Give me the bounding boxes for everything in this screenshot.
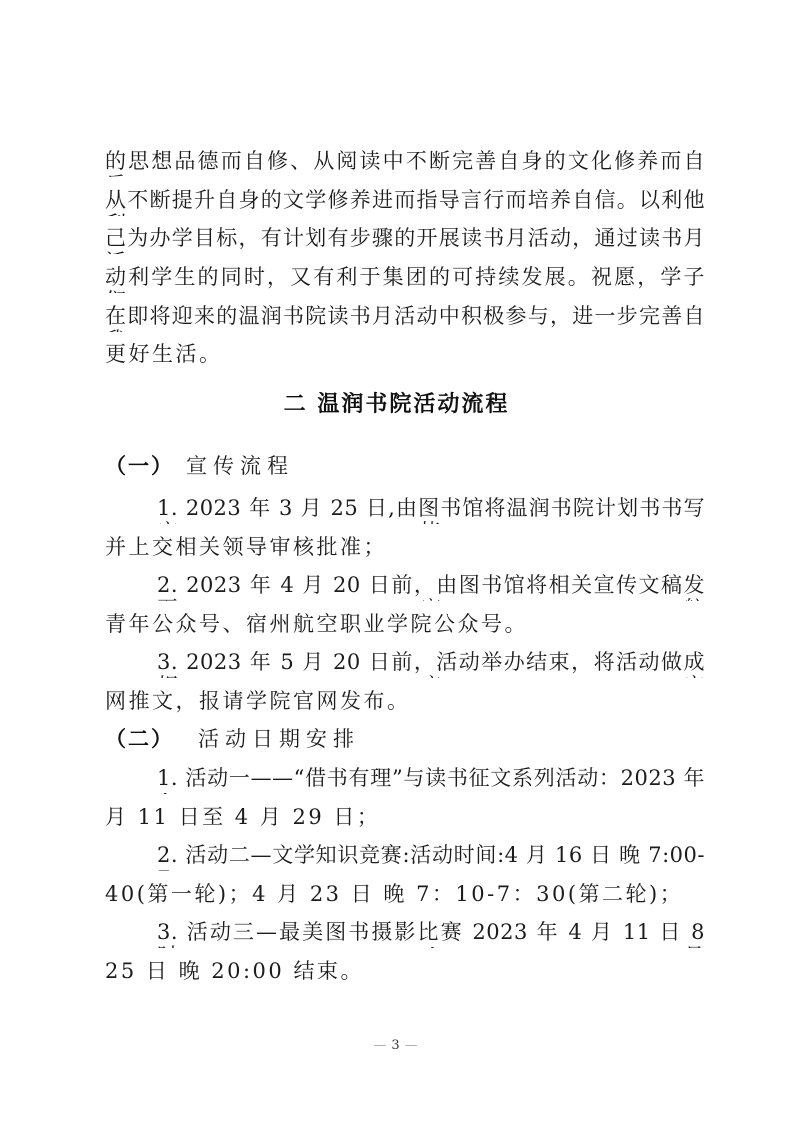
chapter-heading: 二 温润书院活动流程: [0, 387, 793, 418]
section-number-label: （二）: [105, 727, 174, 751]
text-line: 并上交相关领导审核批准；: [105, 535, 705, 563]
text-line: 2. 活动二—文学知识竞赛:活动时间:4 月 16 日 晚 7:00-7:: [105, 843, 705, 871]
text-line: 1. 2023 年 3 月 25 日,由图书馆将温润书院计划书书写完毕，: [105, 496, 705, 524]
document-page: 的思想品德而自修、从阅读中不断完善自身的文化修养而自乐、 从不断提升自身的文学修…: [0, 0, 793, 1122]
text-line: 在即将迎来的温润书院读书月活动中积极参与，进一步完善自我，: [105, 304, 705, 332]
section-header: （二）活动日期安排: [105, 727, 705, 755]
text-line: 40(第一轮)；4 月 23 日 晚 7：10-7：30(第二轮)；: [105, 882, 705, 910]
section-title: 活动日期安排: [198, 727, 360, 751]
text-line: 25 日 晚 20:00 结束。: [105, 959, 705, 987]
text-line: 2. 2023 年 4 月 20 日前，由图书馆将相关宣传文稿发至宿航: [105, 573, 705, 601]
text-line: 网推文，报请学院官网发布。: [105, 689, 705, 717]
text-line: 月 11 日至 4 月 29 日；: [105, 805, 705, 833]
text-line: 更好生活。: [105, 342, 705, 370]
text-line: 3. 2023 年 5 月 20 日前，活动举办结束，将活动做成相应官: [105, 650, 705, 678]
text-line: 动利学生的同时，又有利于集团的可持续发展。祝愿，学子们，: [105, 265, 705, 293]
text-line: 3. 活动三—最美图书摄影比赛 2023 年 4 月 11 日 8 时-4 月: [105, 920, 705, 948]
section-header: （一）宣传流程: [105, 454, 705, 482]
text-line: 青年公众号、宿州航空职业学院公众号。: [105, 612, 705, 640]
footer-dash: —: [373, 1038, 388, 1053]
footer-dash: —: [405, 1038, 420, 1053]
text-line: 从不断提升自身的文学修养进而指导言行而培养自信。以利他利: [105, 188, 705, 216]
text-line: 1. 活动一——“借书有理”与读书征文系列活动：2023 年 4: [105, 766, 705, 794]
section-title: 宣传流程: [186, 454, 294, 478]
text-line: 己为办学目标，有计划有步骤的开展读书月活动，通过读书月活: [105, 226, 705, 254]
page-number: 3: [388, 1038, 404, 1053]
section-number-label: （一）: [105, 454, 174, 478]
page-footer: —3—: [0, 1038, 793, 1053]
text-line: 的思想品德而自修、从阅读中不断完善自身的文化修养而自乐、: [105, 149, 705, 177]
